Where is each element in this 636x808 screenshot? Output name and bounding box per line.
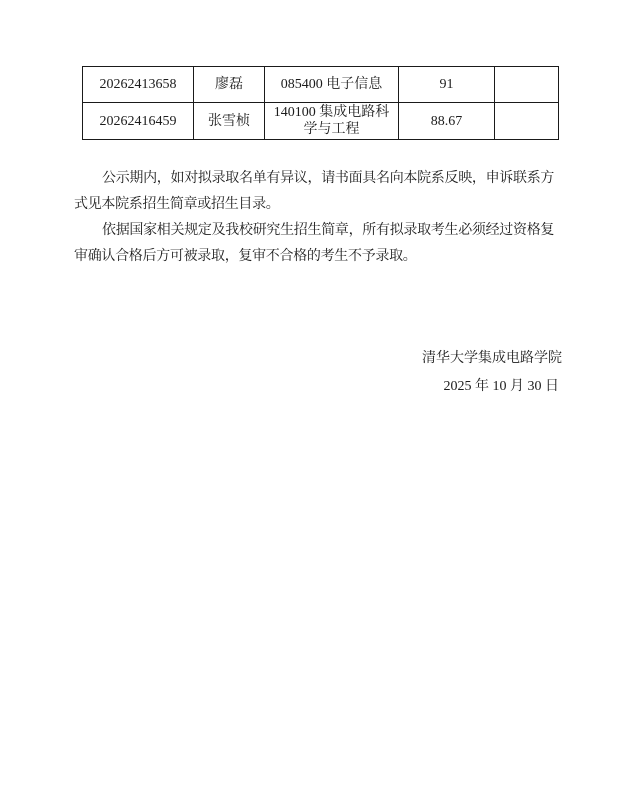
score-cell: 88.67 <box>399 103 495 140</box>
signature-date: 2025 年 10 月 30 日 <box>422 373 562 401</box>
candidate-name-cell: 张雪桢 <box>194 103 265 140</box>
program-cell: 085400 电子信息 <box>265 67 399 103</box>
signature-organization: 清华大学集成电路学院 <box>422 345 562 373</box>
paragraph-1-line-1: 公示期内，如对拟录取名单有异议，请书面具名向本院系反映，申诉联系方 <box>74 166 574 192</box>
signature-block: 清华大学集成电路学院 2025 年 10 月 30 日 <box>422 345 562 401</box>
table-row: 20262416459 张雪桢 140100 集成电路科学与工程 88.67 <box>83 103 559 140</box>
program-cell: 140100 集成电路科学与工程 <box>265 103 399 140</box>
notice-paragraphs: 公示期内，如对拟录取名单有异议，请书面具名向本院系反映，申诉联系方 式见本院系招… <box>74 166 574 270</box>
paragraph-1-line-2: 式见本院系招生简章或招生目录。 <box>74 192 574 218</box>
score-cell: 91 <box>399 67 495 103</box>
table-row: 20262413658 廖磊 085400 电子信息 91 <box>83 67 559 103</box>
admission-results-table: 20262413658 廖磊 085400 电子信息 91 2026241645… <box>82 66 559 140</box>
candidate-name-cell: 廖磊 <box>194 67 265 103</box>
paragraph-2-line-2: 审确认合格后方可被录取，复审不合格的考生不予录取。 <box>74 244 574 270</box>
candidate-id-cell: 20262416459 <box>83 103 194 140</box>
paragraph-2-line-1: 依据国家相关规定及我校研究生招生简章，所有拟录取考生必须经过资格复 <box>74 218 574 244</box>
document-page: 20262413658 廖磊 085400 电子信息 91 2026241645… <box>0 0 636 808</box>
remark-cell <box>495 103 559 140</box>
remark-cell <box>495 67 559 103</box>
candidate-id-cell: 20262413658 <box>83 67 194 103</box>
